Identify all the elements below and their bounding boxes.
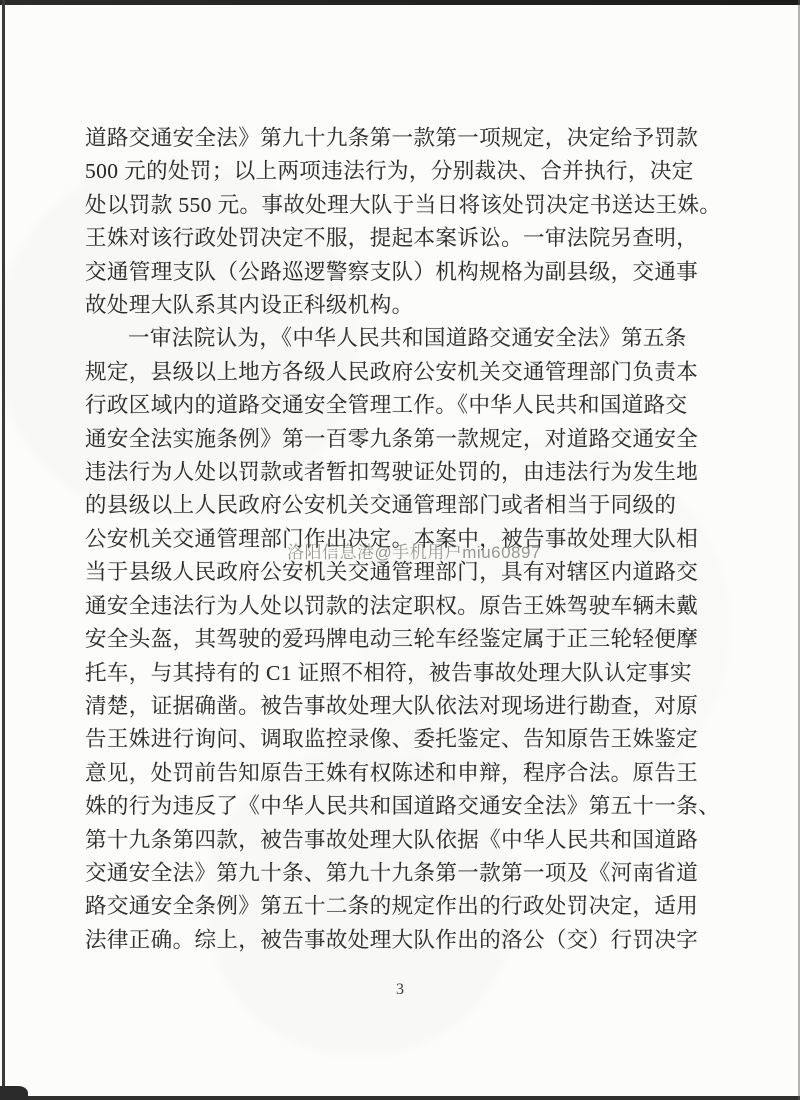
text-line: 托车，与其持有的 C1 证照不相符，被告事故处理大队认定事实 <box>85 657 733 690</box>
text-line: 通安全法实施条例》第一百零九条第一款规定，对道路交通安全 <box>85 423 733 456</box>
scan-edge-top <box>0 0 800 5</box>
site-watermark: 洛阳信息港@手机用户miu60897 <box>287 538 541 563</box>
text-line: 王姝对该行政处罚决定不服，提起本案诉讼。一审法院另查明， <box>85 222 733 255</box>
scan-edge-left <box>2 0 5 1100</box>
scan-corner-artifact <box>0 1086 28 1100</box>
text-line: 处以罚款 550 元。事故处理大队于当日将该处罚决定书送达王姝。 <box>85 189 733 222</box>
page-number: 3 <box>0 981 800 999</box>
scanned-document-page: 道路交通安全法》第九十九条第一款第一项规定，决定给予罚款 500 元的处罚；以上… <box>0 0 800 1100</box>
text-line: 清楚，证据确凿。被告事故处理大队依法对现场进行勘查，对原 <box>85 690 733 723</box>
text-line: 意见，处罚前告知原告王姝有权陈述和申辩，程序合法。原告王 <box>85 757 733 790</box>
text-line: 交通管理支队（公路巡逻警察支队）机构规格为副县级，交通事 <box>85 256 733 289</box>
text-line: 通安全违法行为人处以罚款的法定职权。原告王姝驾驶车辆未戴 <box>85 590 733 623</box>
text-line: 第十九条第四款，被告事故处理大队依据《中华人民共和国道路 <box>85 824 733 857</box>
text-line: 规定，县级以上地方各级人民政府公安机关交通管理部门负责本 <box>85 356 733 389</box>
text-line: 500 元的处罚；以上两项违法行为，分别裁决、合并执行，决定 <box>85 155 733 188</box>
text-line: 法律正确。综上，被告事故处理大队作出的洛公（交）行罚决字 <box>85 924 733 957</box>
scan-edge-bottom <box>0 1096 800 1100</box>
text-line: 姝的行为违反了《中华人民共和国道路交通安全法》第五十一条、 <box>85 790 733 823</box>
text-line-paragraph-start: 一审法院认为，《中华人民共和国道路交通安全法》第五条 <box>85 322 733 355</box>
text-line: 告王姝进行询问、调取监控录像、委托鉴定、告知原告王姝鉴定 <box>85 723 733 756</box>
text-line: 的县级以上人民政府公安机关交通管理部门或者相当于同级的 <box>85 489 733 522</box>
text-line: 故处理大队系其内设正科级机构。 <box>85 289 733 322</box>
text-line: 交通安全法》第九十条、第九十九条第一款第一项及《河南省道 <box>85 857 733 890</box>
text-line: 安全头盔，其驾驶的爱玛牌电动三轮车经鉴定属于正三轮轻便摩 <box>85 623 733 656</box>
text-line: 行政区域内的道路交通安全管理工作。《中华人民共和国道路交 <box>85 389 733 422</box>
text-line: 违法行为人处以罚款或者暂扣驾驶证处罚的，由违法行为发生地 <box>85 456 733 489</box>
text-line: 道路交通安全法》第九十九条第一款第一项规定，决定给予罚款 <box>85 122 733 155</box>
text-line: 路交通安全条例》第五十二条的规定作出的行政处罚决定，适用 <box>85 890 733 923</box>
